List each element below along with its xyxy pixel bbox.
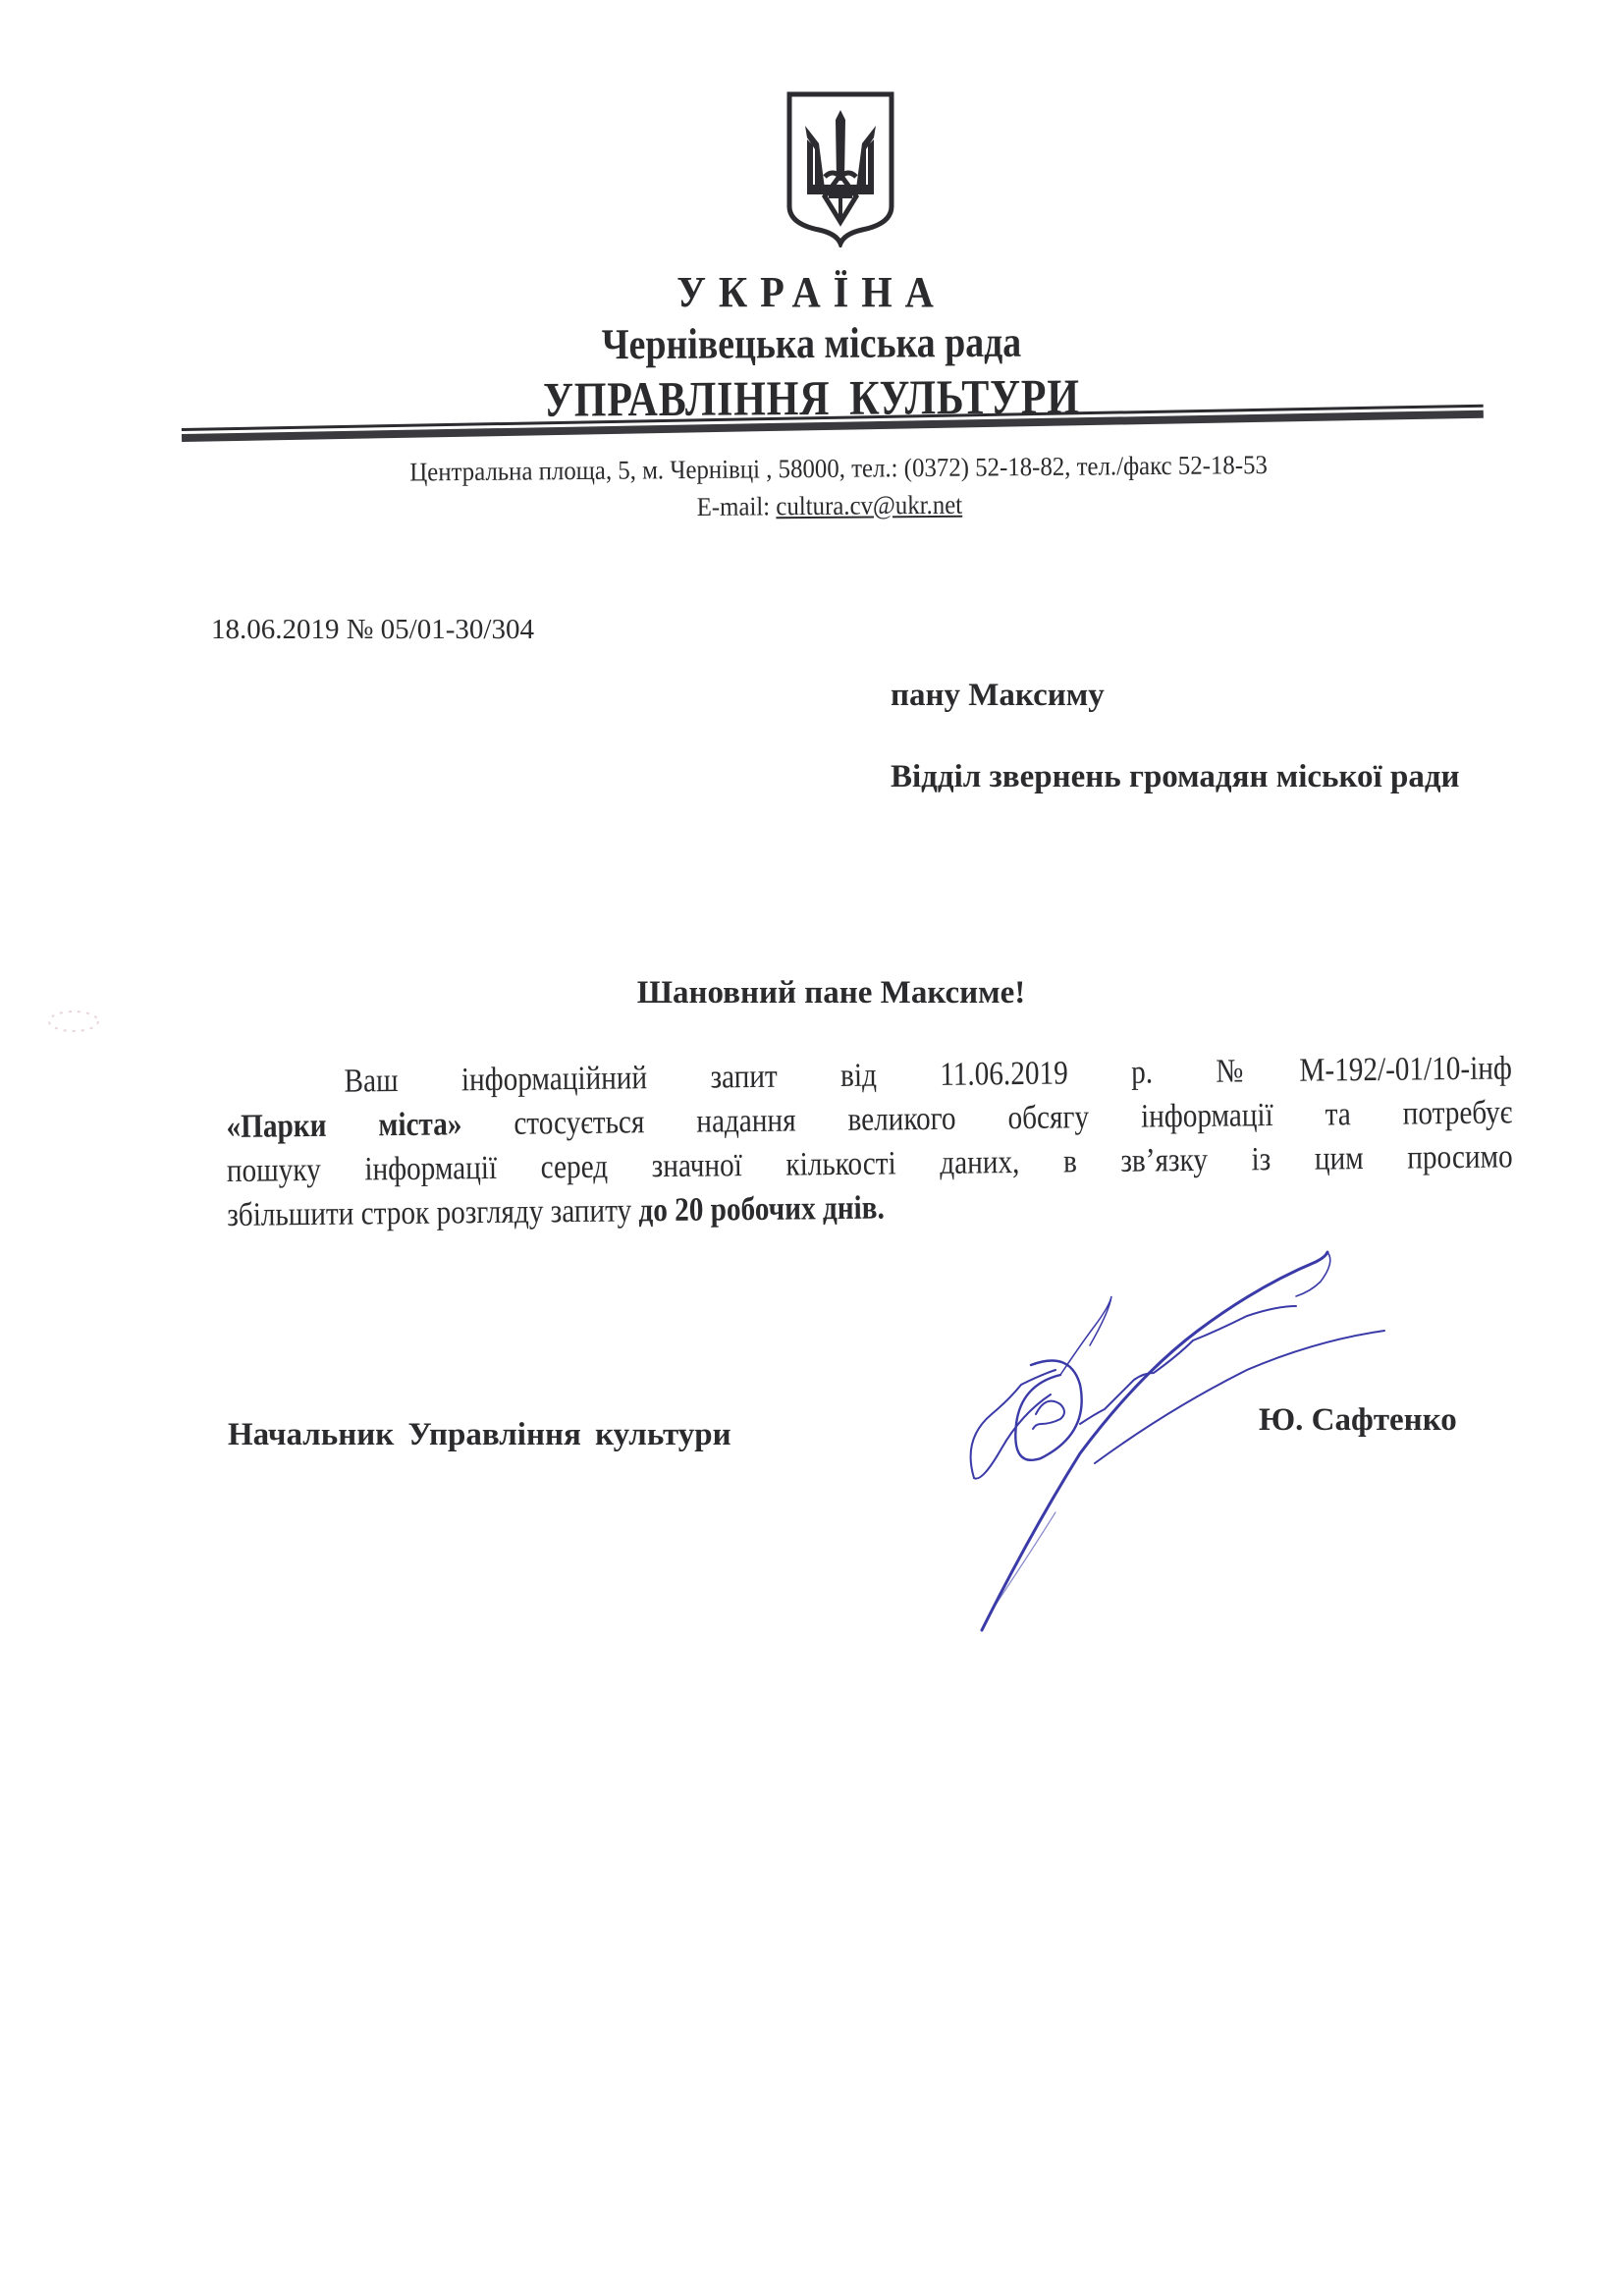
- trident-coat-of-arms-icon: [785, 90, 895, 247]
- city-council-heading: Чернівецька міська рада: [114, 314, 1510, 373]
- request-title: «Парки міста»: [226, 1106, 461, 1145]
- country-heading: УКРАЇНА: [65, 267, 1558, 317]
- deadline-extension: до 20 робочих днів.: [638, 1190, 885, 1230]
- contact-email-line: E-mail: cultura.cv@ukr.net: [65, 485, 1558, 528]
- email-link[interactable]: cultura.cv@ukr.net: [776, 490, 962, 521]
- scan-artifact: [39, 1002, 108, 1041]
- letter-body: Ваш інформаційний запит від 11.06.2019 р…: [226, 1046, 1513, 1237]
- handwritten-signature-icon: [923, 1237, 1414, 1650]
- salutation: Шановний пане Максиме!: [0, 975, 1623, 1011]
- addressee-department: Відділ звернень громадян міської ради: [891, 754, 1499, 799]
- contact-address: Центральна площа, 5, м. Чернівці , 58000…: [65, 448, 1558, 491]
- email-label: E-mail:: [697, 491, 777, 521]
- outgoing-number: 18.06.2019 № 05/01-30/304: [211, 614, 534, 646]
- addressee-name: пану Максиму: [891, 673, 1499, 718]
- signatory-position: Начальник Управління культури: [228, 1417, 731, 1453]
- body-text-4: збільшити строк розгляду запиту: [227, 1192, 638, 1233]
- body-text-2: стосується надання великого обсягу інфор…: [461, 1094, 1512, 1142]
